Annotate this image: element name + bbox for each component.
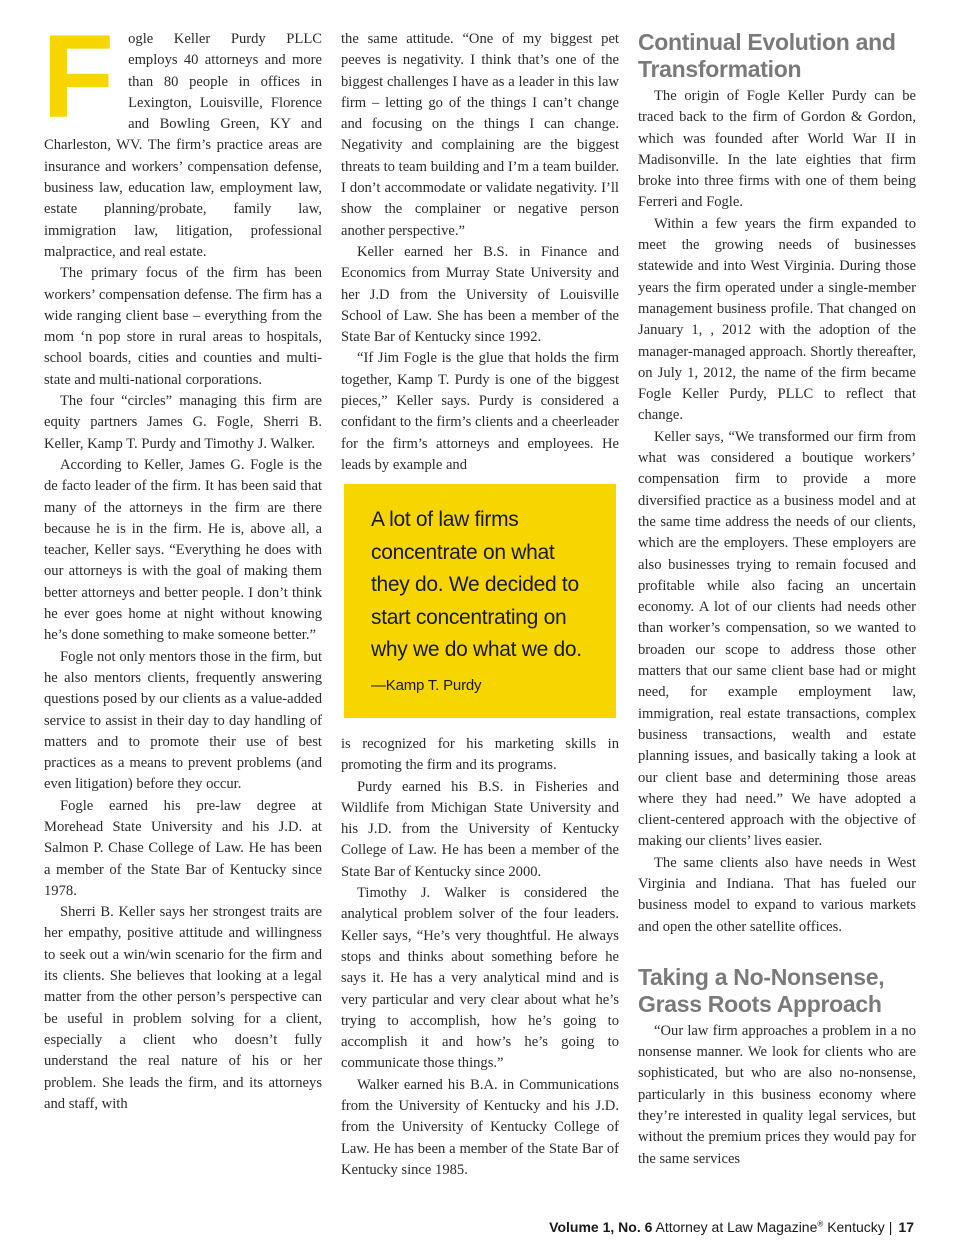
column-2-after-quote: is recognized for his marketing skills i… [341,734,619,1181]
body-paragraph: Sherri B. Keller says her strongest trai… [44,902,322,1115]
pull-quote-attribution: —Kamp T. Purdy [371,677,592,694]
pull-quote: A lot of law firms concentrate on what t… [344,484,616,718]
body-paragraph: The origin of Fogle Keller Purdy can be … [638,86,916,214]
article-column-3: Continual Evolution and Transformation T… [638,29,916,1170]
continued-paragraph: is recognized for his marketing skills i… [341,734,619,777]
body-paragraph: The four “circles” managing this firm ar… [44,391,322,455]
body-paragraph: Fogle earned his pre-law degree at Moreh… [44,796,322,902]
section-heading: Continual Evolution and Transformation [638,29,916,83]
article-column-2: the same attitude. “One of my biggest pe… [341,29,619,476]
body-paragraph: “If Jim Fogle is the glue that holds the… [341,348,619,476]
continued-paragraph: the same attitude. “One of my biggest pe… [341,29,619,242]
body-paragraph: Timothy J. Walker is considered the anal… [341,883,619,1075]
issue-volume: Volume 1, No. 6 [549,1219,652,1235]
pull-quote-text: A lot of law firms concentrate on what t… [371,504,592,667]
drop-cap: F [42,31,114,127]
body-paragraph: Keller says, “We transformed our firm fr… [638,427,916,853]
intro-paragraph: Fogle Keller Purdy PLLC employs 40 attor… [44,29,322,263]
footer-separator: | [889,1219,893,1235]
section-spacer [638,938,916,964]
body-paragraph: Fogle not only mentors those in the firm… [44,647,322,796]
page-footer: Volume 1, No. 6 Attorney at Law Magazine… [549,1219,914,1235]
body-paragraph: Keller earned her B.S. in Finance and Ec… [341,242,619,348]
body-paragraph: Purdy earned his B.S. in Fisheries and W… [341,777,619,883]
page-number: 17 [898,1219,914,1235]
body-paragraph: According to Keller, James G. Fogle is t… [44,455,322,647]
registered-mark: ® [817,1219,823,1228]
body-paragraph: Walker earned his B.A. in Communications… [341,1075,619,1181]
body-paragraph: “Our law firm approaches a problem in a … [638,1021,916,1170]
article-column-1: Fogle Keller Purdy PLLC employs 40 attor… [44,29,322,1115]
body-paragraph: The primary focus of the firm has been w… [44,263,322,391]
body-paragraph: The same clients also have needs in West… [638,853,916,938]
section-heading: Taking a No-Nonsense, Grass Roots Approa… [638,964,916,1018]
publication-name: Attorney at Law Magazine [656,1219,818,1235]
publication-region: Kentucky [827,1219,885,1235]
body-paragraph: Within a few years the firm expanded to … [638,214,916,427]
